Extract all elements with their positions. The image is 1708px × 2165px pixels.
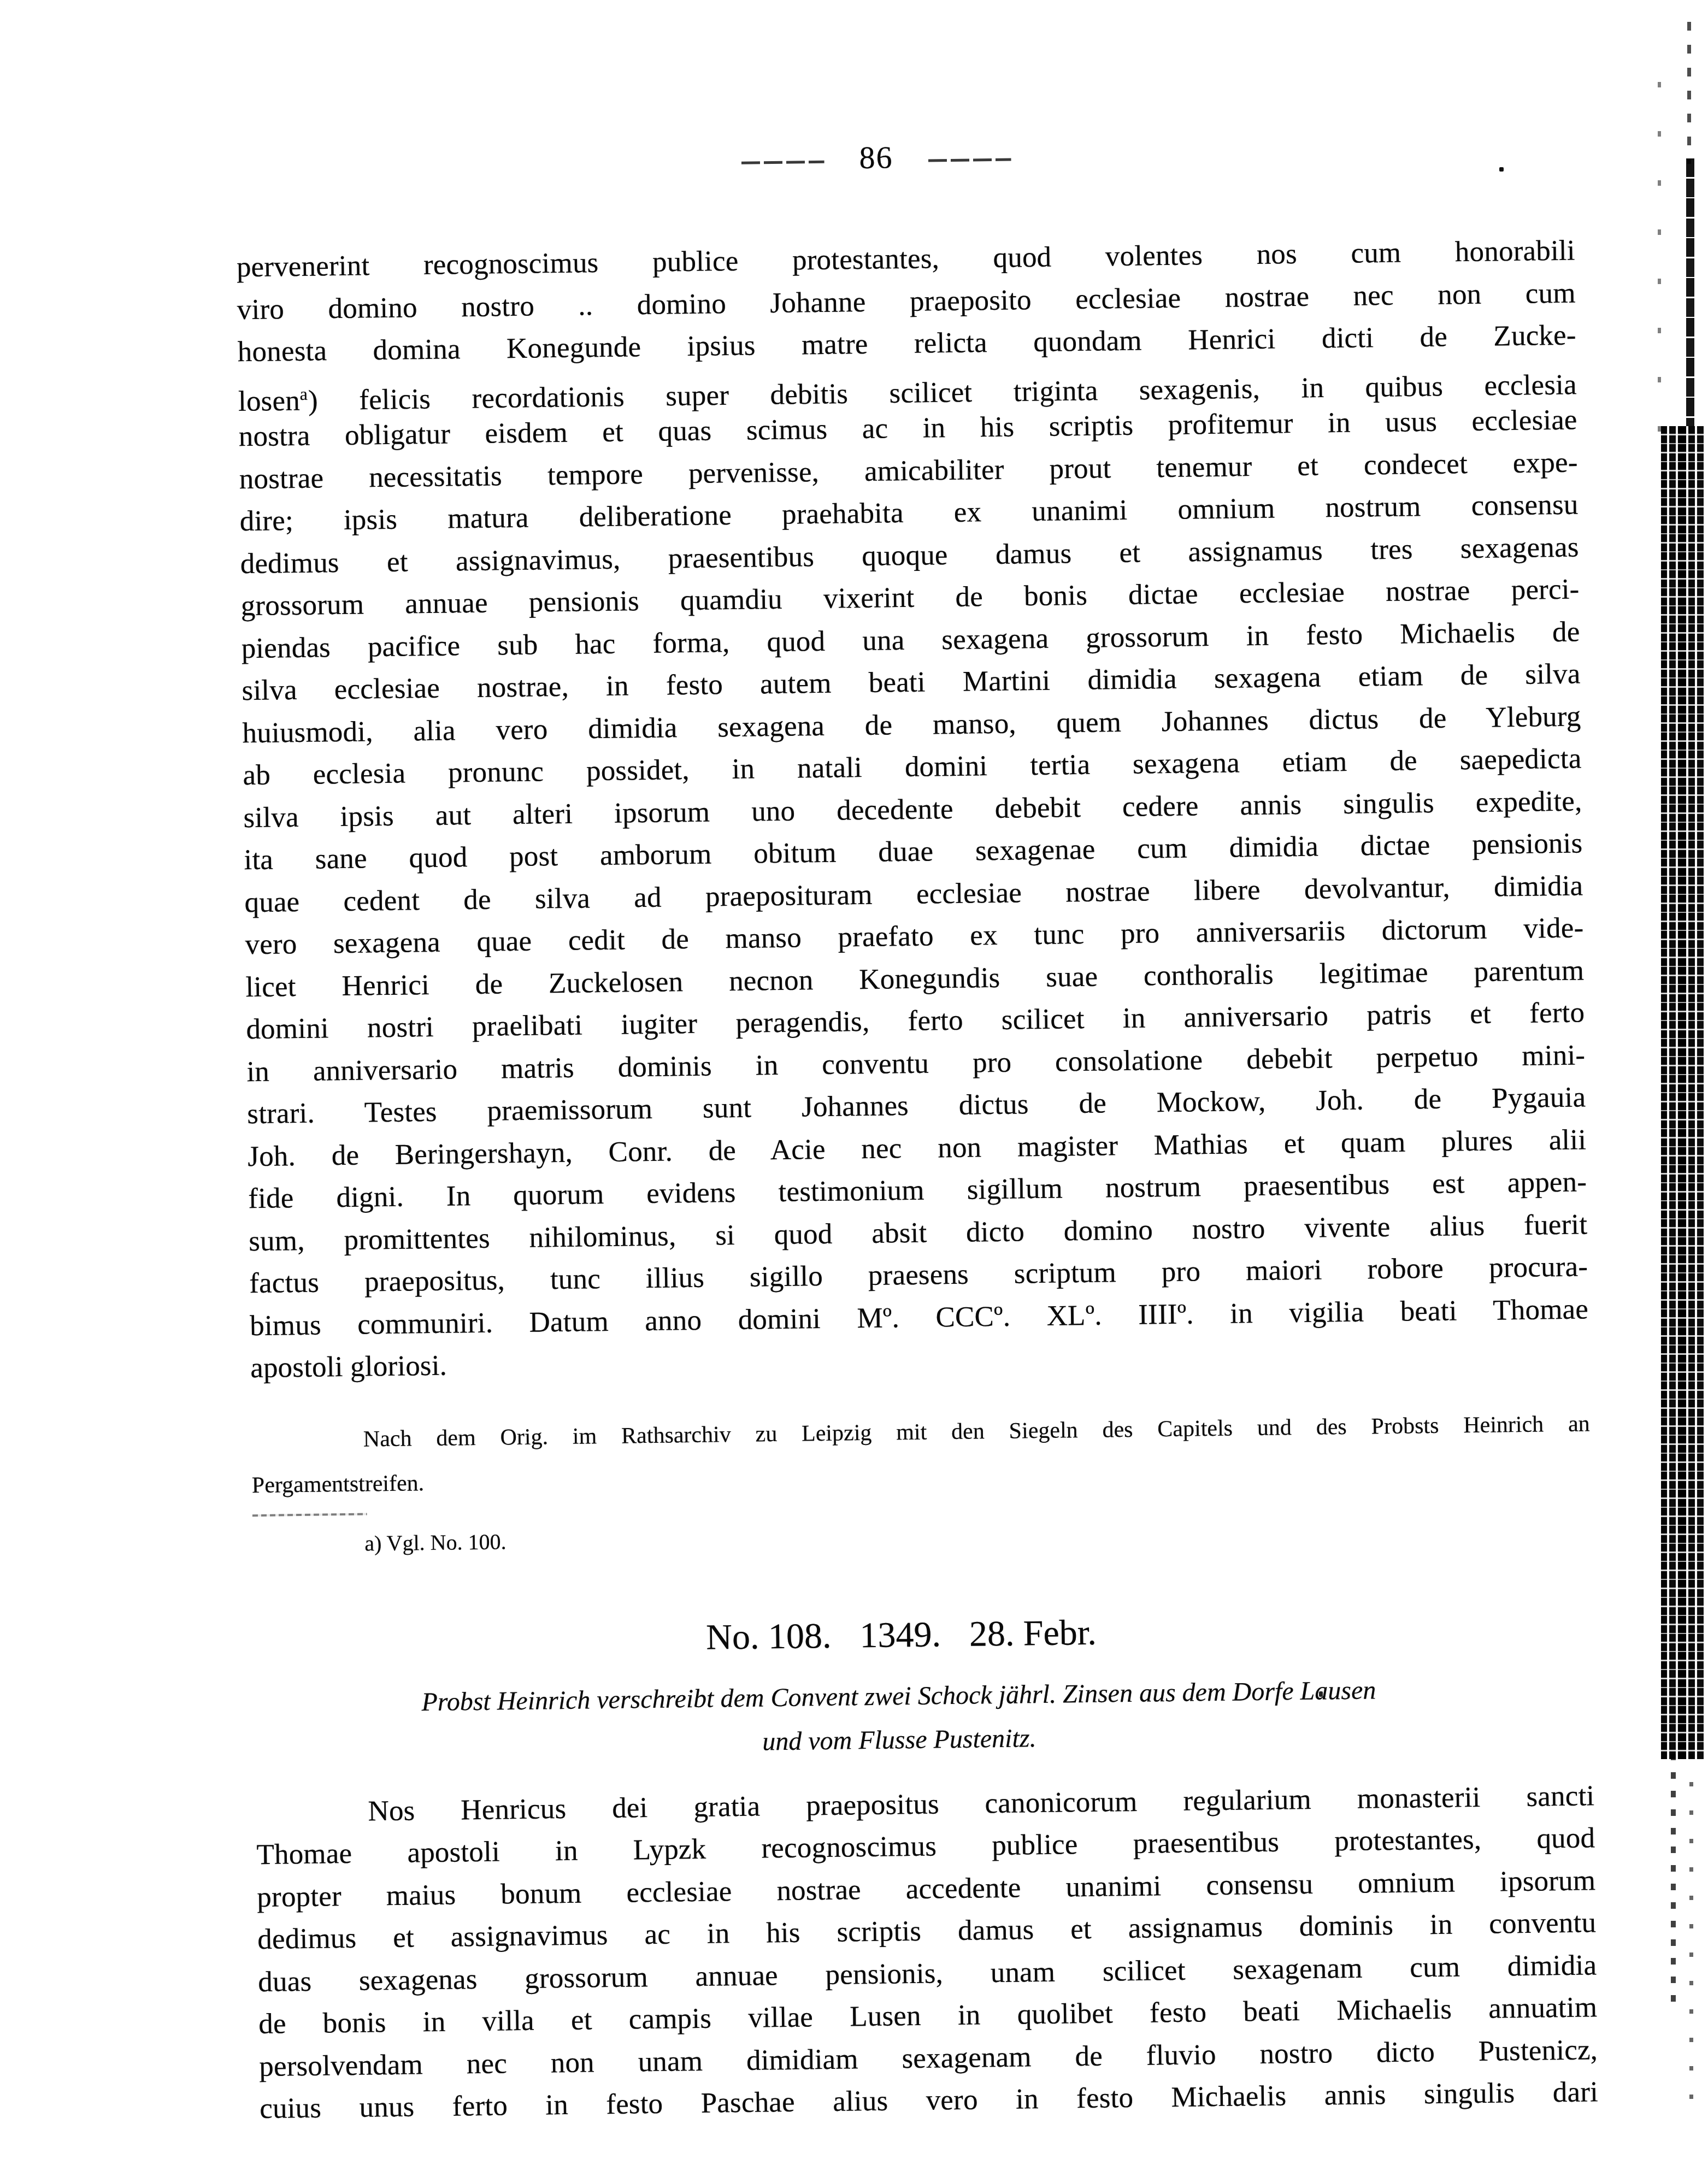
page-number: 86: [859, 139, 893, 176]
charter-107-body: pervenerint recognoscimus publice protes…: [236, 230, 1589, 1390]
header-rule-left: [741, 160, 824, 164]
page-header: 86: [207, 128, 1546, 186]
scan-artifact-dotted-line: [1658, 82, 1661, 464]
footnote-marker: a: [299, 384, 308, 403]
scanned-book-page: 86 pervenerint recognoscimus publice pro…: [0, 0, 1708, 2165]
ink-speck: [1319, 1691, 1323, 1697]
scan-artifact-dotted-tail: [1689, 1754, 1693, 2114]
header-rule-right: [928, 158, 1011, 162]
footnote: a) Vgl. No. 100.: [364, 1514, 1591, 1558]
charter-108-year: 1349.: [859, 1614, 941, 1655]
ink-speck: [1499, 167, 1504, 172]
source-note: Nach dem Orig. im Rathsarchiv zu Leipzig…: [251, 1401, 1591, 1508]
charter-108-summary: Probst Heinrich verschreibt dem Convent …: [229, 1666, 1569, 1770]
charter-108-heading: No. 108.1349.28. Febr.: [232, 1606, 1571, 1664]
charter-108-body: Nos Henricus dei gratia praepositus cano…: [256, 1775, 1599, 2131]
line-text: losen: [238, 385, 301, 417]
footnote-separator-rule: [252, 1513, 367, 1517]
scan-artifact-noise-band: [1661, 426, 1708, 1759]
charter-108-date: 28. Febr.: [969, 1612, 1097, 1654]
scan-artifact-dotted-line: [1687, 22, 1691, 164]
charter-108-number: No. 108.: [706, 1615, 832, 1657]
page-content: 86 pervenerint recognoscimus publice pro…: [235, 128, 1598, 2131]
scan-artifact-dotted-tail: [1671, 1754, 1676, 2010]
